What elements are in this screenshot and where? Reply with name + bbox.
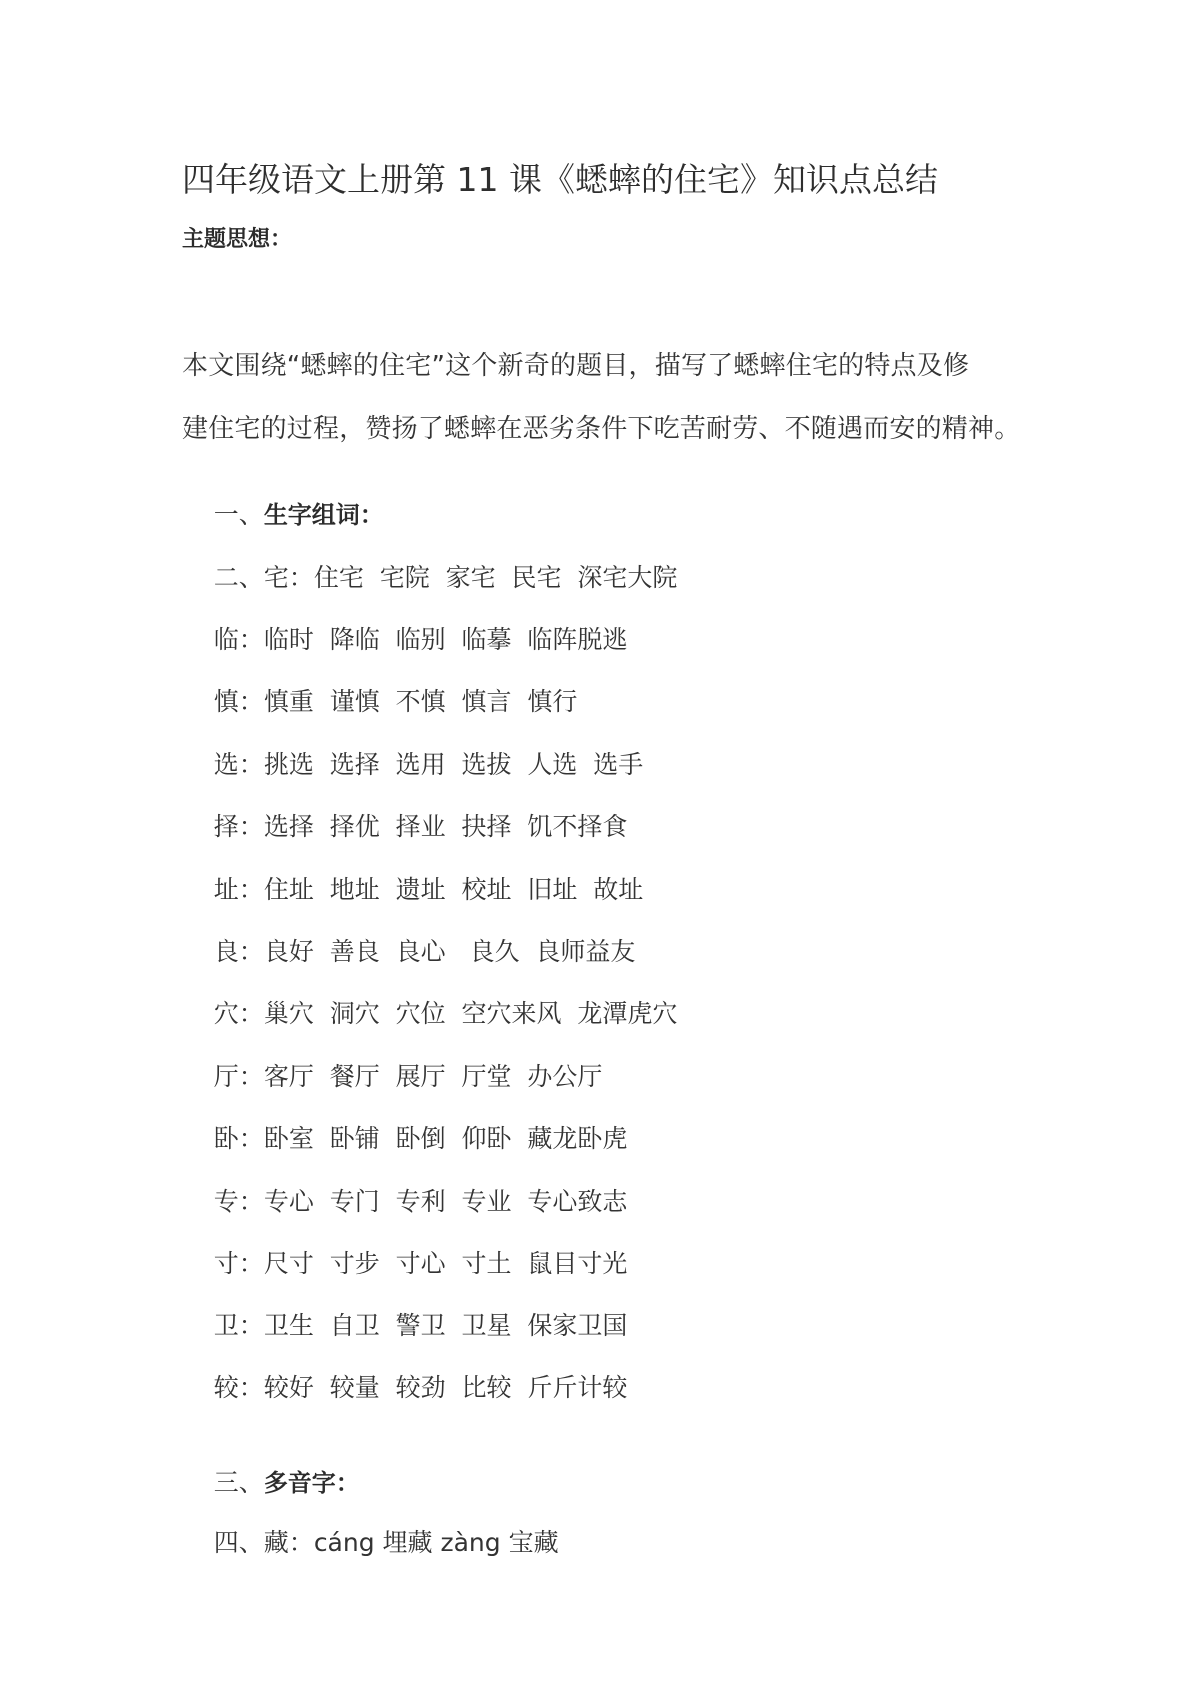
document-title: 四年级语文上册第 11 课《蟋蟀的住宅》知识点总结 [182,163,938,196]
vocab-words: 选择 择优 择业 抉择 饥不择食 [264,812,628,841]
vocab-words: 住址 地址 遗址 校址 旧址 故址 [264,875,643,904]
vocab-words: 挑选 选择 选用 选拔 人选 选手 [264,750,643,779]
vocab-words: 专心 专门 专利 专业 专心致志 [264,1187,628,1216]
section-label: 生字组词： [264,501,384,529]
section-number: 一、 [214,500,264,529]
vocab-char: 选： [214,750,264,779]
vocab-words: 巢穴 洞穴 穴位 空穴来风 龙潭虎穴 [264,999,678,1028]
vocab-char: 慎： [214,687,264,716]
vocab-words: 卧室 卧铺 卧倒 仰卧 藏龙卧虎 [264,1124,628,1153]
vocab-char: 厅： [214,1062,264,1091]
vocab-words: 客厅 餐厅 展厅 厅堂 办公厅 [264,1062,603,1091]
section-label: 多音字： [264,1469,360,1497]
polyphone-char: 四、藏： [214,1528,314,1557]
vocab-char: 二、宅： [214,563,314,592]
theme-paragraph-line-1: 本文围绕“蟋蟀的住宅”这个新奇的题目，描写了蟋蟀住宅的特点及修 [182,353,969,379]
vocab-words: 良好 善良 良心 良久 良师益友 [264,937,636,966]
vocab-char: 临： [214,625,264,654]
vocab-char: 寸： [214,1249,264,1278]
theme-heading: 主题思想： [182,229,292,251]
polyphone-row: 四、藏：cáng 埋藏 zàng 宝藏 [182,1505,559,1580]
theme-paragraph-line-2: 建住宅的过程，赞扬了蟋蟀在恶劣条件下吃苦耐劳、不随遇而安的精神。 [182,416,1020,442]
vocab-char: 良： [214,937,264,966]
section-number: 三、 [214,1468,264,1497]
vocab-words: 住宅 宅院 家宅 民宅 深宅大院 [314,563,678,592]
vocab-char: 卧： [214,1124,264,1153]
vocab-char: 较： [214,1373,264,1402]
vocab-char: 专： [214,1187,264,1216]
vocab-words: 临时 降临 临别 临摹 临阵脱逃 [264,625,628,654]
polyphone-readings: cáng 埋藏 zàng 宝藏 [314,1528,559,1557]
vocab-words: 卫生 自卫 警卫 卫星 保家卫国 [264,1311,628,1340]
vocab-words: 尺寸 寸步 寸心 寸土 鼠目寸光 [264,1249,628,1278]
vocab-words: 慎重 谨慎 不慎 慎言 慎行 [264,687,578,716]
vocab-char: 卫： [214,1311,264,1340]
vocab-row: 较：较好 较量 较劲 比较 斤斤计较 [182,1350,627,1425]
vocab-char: 择： [214,812,264,841]
vocab-char: 址： [214,875,264,904]
vocab-char: 穴： [214,999,264,1028]
vocab-words: 较好 较量 较劲 比较 斤斤计较 [264,1373,628,1402]
